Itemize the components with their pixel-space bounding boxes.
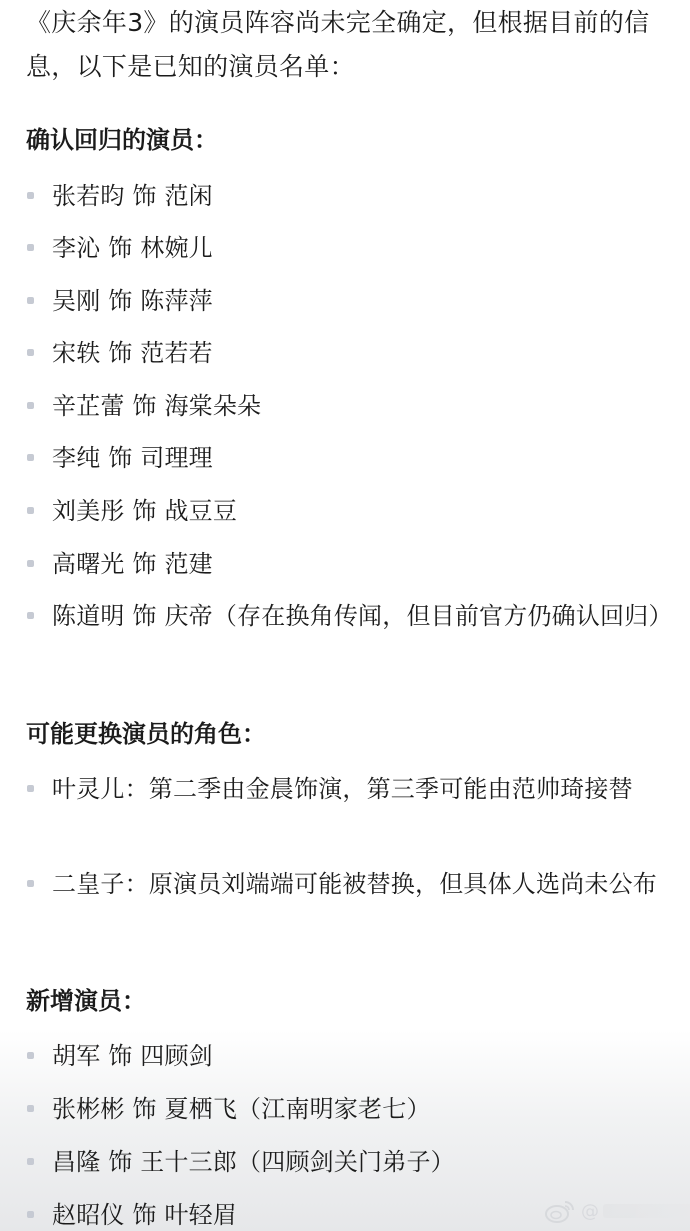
bullet-icon: [27, 560, 34, 567]
bullet-icon: [27, 612, 34, 619]
bullet-icon: [27, 402, 34, 409]
bullet-icon: [27, 244, 34, 251]
watermark-username-blurred: [603, 1204, 690, 1218]
bullet-icon: [27, 785, 34, 792]
list-item-text: 胡军 饰 四顾剑: [52, 1035, 672, 1078]
bullet-icon: [27, 454, 34, 461]
list-item-text: 叶灵儿：第二季由金晨饰演，第三季可能由范帅琦接替: [52, 768, 672, 811]
watermark-at: @: [581, 1201, 599, 1222]
list-item-text: 陈道明 饰 庆帝（存在换角传闻，但目前官方仍确认回归）: [52, 595, 672, 638]
intro-paragraph: 《庆余年3》的演员阵容尚未完全确定，但根据目前的信息，以下是已知的演员名单：: [26, 1, 676, 89]
bullet-icon: [27, 1158, 34, 1165]
list-item-text: 张若昀 饰 范闲: [52, 175, 672, 218]
list-item-text: 张彬彬 饰 夏栖飞（江南明家老七）: [52, 1088, 672, 1131]
list-item-text: 辛芷蕾 饰 海棠朵朵: [52, 385, 672, 428]
list-item-text: 宋轶 饰 范若若: [52, 332, 672, 375]
section-heading-confirmed: 确认回归的演员：: [26, 120, 218, 160]
bullet-icon: [27, 880, 34, 887]
bullet-icon: [27, 1211, 34, 1218]
section-heading-new-cast: 新增演员：: [26, 981, 146, 1021]
list-item-text: 刘美彤 饰 战豆豆: [52, 490, 672, 533]
bullet-icon: [27, 349, 34, 356]
bullet-icon: [27, 507, 34, 514]
bullet-icon: [27, 1052, 34, 1059]
section-heading-possible-recast: 可能更换演员的角色：: [26, 714, 266, 754]
list-item-text: 李沁 饰 林婉儿: [52, 227, 672, 270]
list-item-text: 李纯 饰 司理理: [52, 437, 672, 480]
weibo-icon: [543, 1198, 577, 1224]
bullet-icon: [27, 192, 34, 199]
list-item-text: 高曙光 饰 范建: [52, 543, 672, 586]
list-item-text: 二皇子：原演员刘端端可能被替换，但具体人选尚未公布: [52, 863, 672, 906]
bullet-icon: [27, 297, 34, 304]
bullet-icon: [27, 1105, 34, 1112]
list-item-text: 吴刚 饰 陈萍萍: [52, 280, 672, 323]
document-page: 《庆余年3》的演员阵容尚未完全确定，但根据目前的信息，以下是已知的演员名单： 确…: [0, 0, 690, 1231]
list-item-text: 昌隆 饰 王十三郎（四顾剑关门弟子）: [52, 1141, 672, 1184]
weibo-watermark: @: [543, 1198, 690, 1224]
